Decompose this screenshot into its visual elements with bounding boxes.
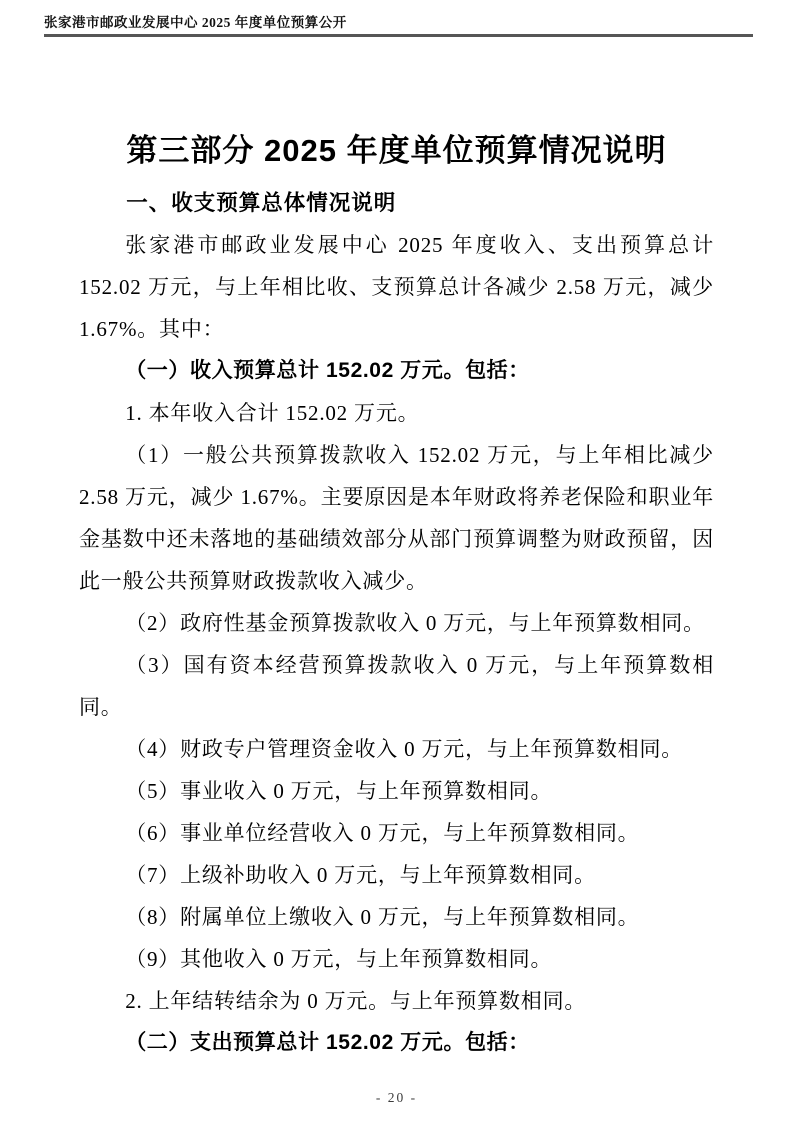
section-heading-income-expense-overview: 一、收支预算总体情况说明 [79, 182, 714, 224]
paragraph-carryover: 2. 上年结转结余为 0 万元。与上年预算数相同。 [79, 980, 714, 1022]
paragraph-item-4: （4）财政专户管理资金收入 0 万元，与上年预算数相同。 [79, 728, 714, 770]
document-page: 张家港市邮政业发展中心 2025 年度单位预算公开 第三部分 2025 年度单位… [0, 0, 793, 1122]
paragraph-overview: 张家港市邮政业发展中心 2025 年度收入、支出预算总计 152.02 万元，与… [79, 224, 714, 350]
sub-heading-expense-total: （二）支出预算总计 152.02 万元。包括： [79, 1022, 714, 1064]
paragraph-item-7: （7）上级补助收入 0 万元，与上年预算数相同。 [79, 854, 714, 896]
paragraph-item-9: （9）其他收入 0 万元，与上年预算数相同。 [79, 938, 714, 980]
paragraph-item-3: （3）国有资本经营预算拨款收入 0 万元，与上年预算数相同。 [79, 644, 714, 728]
document-body: 一、收支预算总体情况说明张家港市邮政业发展中心 2025 年度收入、支出预算总计… [79, 182, 714, 1064]
paragraph-item-6: （6）事业单位经营收入 0 万元，与上年预算数相同。 [79, 812, 714, 854]
page-number: - 20 - [376, 1090, 417, 1105]
page-footer: - 20 - [0, 1090, 793, 1106]
sub-heading-income-total: （一）收入预算总计 152.02 万元。包括： [79, 350, 714, 392]
paragraph-item-1: （1）一般公共预算拨款收入 152.02 万元，与上年相比减少 2.58 万元，… [79, 434, 714, 602]
page-title: 第三部分 2025 年度单位预算情况说明 [0, 125, 793, 170]
page-header-text: 张家港市邮政业发展中心 2025 年度单位预算公开 [44, 15, 347, 30]
page-header: 张家港市邮政业发展中心 2025 年度单位预算公开 [44, 11, 753, 37]
paragraph-item-8: （8）附属单位上缴收入 0 万元，与上年预算数相同。 [79, 896, 714, 938]
paragraph-item-5: （5）事业收入 0 万元，与上年预算数相同。 [79, 770, 714, 812]
paragraph-current-year-income: 1. 本年收入合计 152.02 万元。 [79, 392, 714, 434]
paragraph-item-2: （2）政府性基金预算拨款收入 0 万元，与上年预算数相同。 [79, 602, 714, 644]
